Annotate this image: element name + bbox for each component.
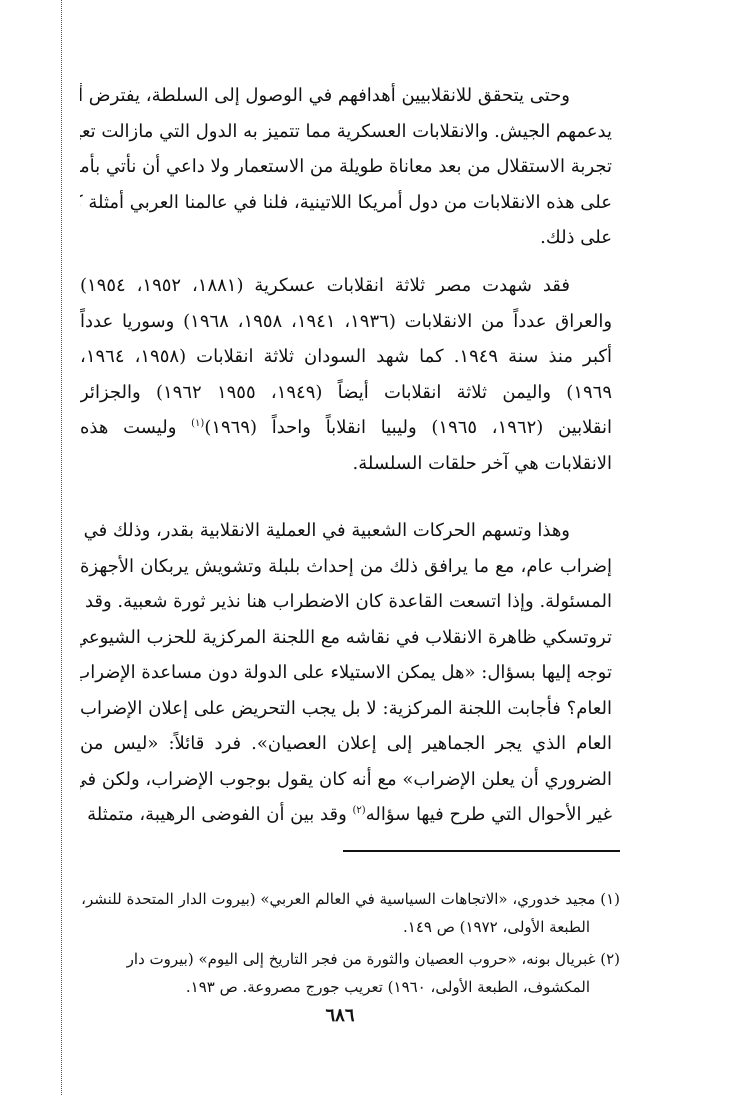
text-line: تجربة الاستقلال من بعد معاناة طويلة من ا…	[80, 149, 612, 185]
footnote-line: (٢) غبريال بونه، «حروب العصيان والثورة م…	[70, 945, 620, 973]
footnote-line: الطبعة الأولى، ١٩٧٢) ص ١٤٩.	[70, 913, 620, 941]
footnote-ref-2[interactable]: (٢)	[353, 805, 366, 816]
text-line: انقلابين (١٩٦٢، ١٩٦٥) وليبيا انقلاباً وا…	[80, 410, 612, 446]
text-line: وهذا وتسهم الحركات الشعبية في العملية ال…	[80, 513, 612, 549]
footnote-separator	[343, 850, 620, 852]
footnotes: (١) مجيد خدوري، «الاتجاهات السياسية في ا…	[70, 885, 620, 1005]
scan-margin-dotted-line	[61, 0, 62, 1095]
text-line: ١٩٦٩) واليمن ثلاثة انقلابات أيضاً (١٩٤٩،…	[80, 375, 612, 411]
text-line: وحتى يتحقق للانقلابيين أهدافهم في الوصول…	[80, 78, 612, 114]
text-line: إضراب عام، مع ما يرافق ذلك من إحداث بلبل…	[80, 549, 612, 585]
footnote-ref-1[interactable]: (١)	[191, 418, 204, 429]
text-segment: وقد بين أن الفوضى الرهيبة، متمثلة في	[80, 804, 347, 825]
footnote-line: (١) مجيد خدوري، «الاتجاهات السياسية في ا…	[70, 885, 620, 913]
text-line: العام؟ فأجابت اللجنة المركزية: لا بل يجب…	[80, 691, 612, 727]
text-line: الانقلابات هي آخر حلقات السلسلة.	[80, 446, 612, 482]
text-line: الضروري أن يعلن الإضراب» مع أنه كان يقول…	[80, 762, 612, 798]
text-line: على هذه الانقلابات من دول أمريكا اللاتين…	[80, 185, 612, 221]
footnote-line: المكشوف، الطبعة الأولى، ١٩٦٠) تعريب جورج…	[70, 973, 620, 1001]
text-line: فقد شهدت مصر ثلاثة انقلابات عسكرية (١٨٨١…	[80, 268, 612, 304]
text-segment: انقلابين (١٩٦٢، ١٩٦٥) وليبيا انقلاباً وا…	[204, 417, 612, 438]
paragraph-1: وحتى يتحقق للانقلابيين أهدافهم في الوصول…	[80, 78, 612, 256]
text-line: تروتسكي ظاهرة الانقلاب في نقاشه مع اللجن…	[80, 620, 612, 656]
text-line: توجه إليها بسؤال: «هل يمكن الاستيلاء على…	[80, 655, 612, 691]
text-segment: وليست هذه	[80, 417, 176, 438]
paragraph-3: وهذا وتسهم الحركات الشعبية في العملية ال…	[80, 513, 612, 833]
text-line: على ذلك.	[80, 220, 612, 256]
text-line: غير الأحوال التي طرح فيها سؤاله(٢) وقد ب…	[80, 797, 612, 833]
text-line: والعراق عدداً من الانقلابات (١٩٣٦، ١٩٤١،…	[80, 304, 612, 340]
paragraph-2: فقد شهدت مصر ثلاثة انقلابات عسكرية (١٨٨١…	[80, 268, 612, 481]
text-line: يدعمهم الجيش. والانقلابات العسكرية مما ت…	[80, 114, 612, 150]
footnote-2: (٢) غبريال بونه، «حروب العصيان والثورة م…	[70, 945, 620, 1001]
text-line: العام الذي يجر الجماهير إلى إعلان العصيا…	[80, 726, 612, 762]
text-line: أكبر منذ سنة ١٩٤٩. كما شهد السودان ثلاثة…	[80, 339, 612, 375]
footnote-1: (١) مجيد خدوري، «الاتجاهات السياسية في ا…	[70, 885, 620, 941]
text-line: المسئولة. وإذا اتسعت القاعدة كان الاضطرا…	[80, 584, 612, 620]
text-segment: غير الأحوال التي طرح فيها سؤاله	[366, 804, 612, 825]
page-number: ٦٨٦	[310, 1005, 370, 1026]
